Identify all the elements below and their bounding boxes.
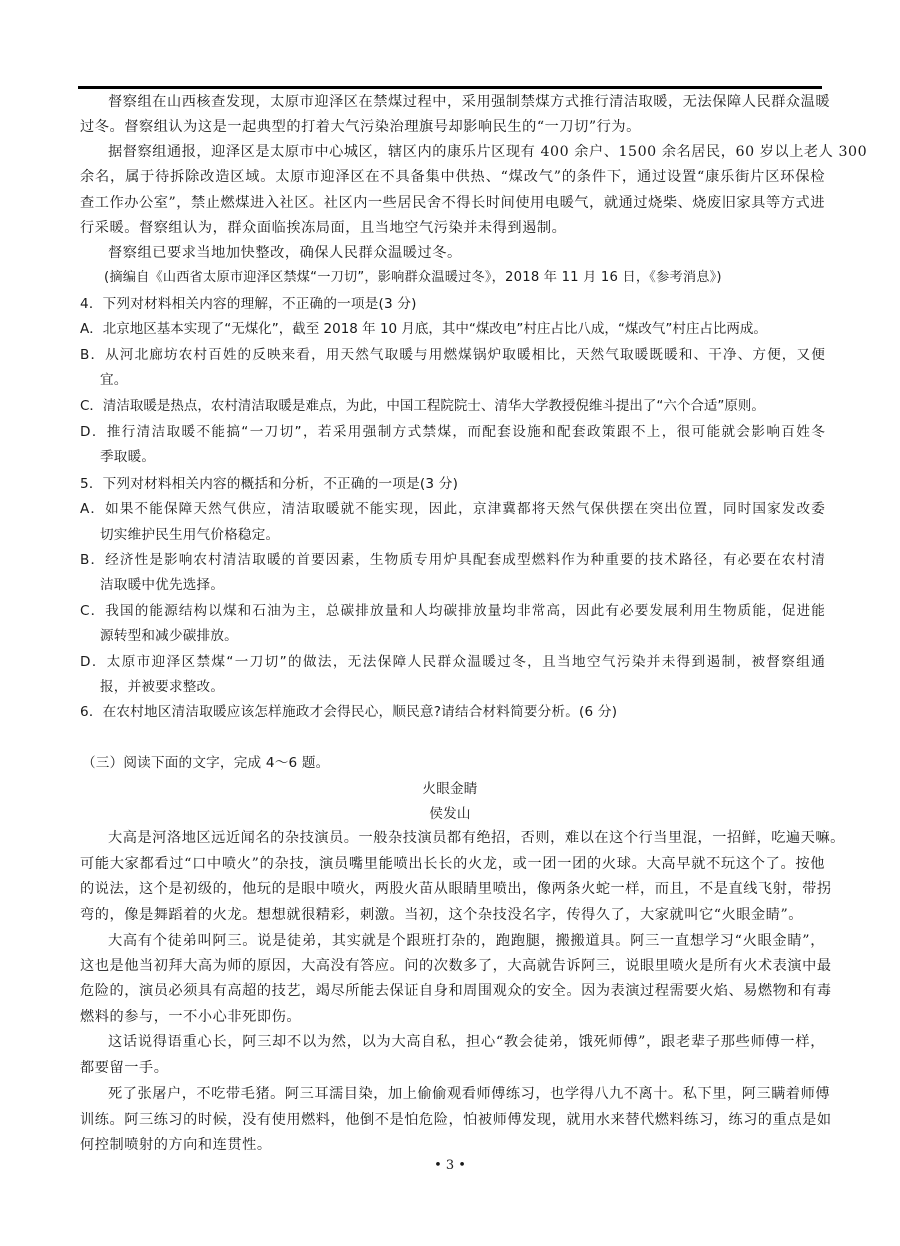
- passage-paragraph-line: 查工作办公室”，禁止燃煤进入社区。社区内一些居民舍不得长时间使用电暖气，就通过烧…: [80, 194, 825, 212]
- passage-source: (摘编自《山西省太原市迎泽区禁煤“一刀切”，影响群众温暖过冬》，2018 年 1…: [104, 269, 849, 287]
- story-paragraph-line: 这话说得语重心长，阿三却不以为然，以为大高自私，担心“教会徒弟，饿死师傅”，跟老…: [108, 1033, 825, 1051]
- story-paragraph-line: 弯的，像是舞蹈着的火龙。想想就很精彩，刺激。当初，这个杂技没名字，传得久了，大家…: [80, 906, 825, 924]
- story-paragraph-line: 死了张屠户，不吃带毛猪。阿三耳濡目染，加上偷偷观看师傅练习，也学得八九不离十。私…: [108, 1085, 825, 1103]
- story-paragraph-line: 燃料的参与，一不小心非死即伤。: [80, 1008, 825, 1026]
- story-paragraph-line: 的说法，这个是初级的，他玩的是眼中喷火，两股火苗从眼睛里喷出，像两条火蛇一样，而…: [80, 880, 825, 898]
- passage-paragraph-line: 余名，属于待拆除改造区域。太原市迎泽区在不具备集中供热、“煤改气”的条件下，通过…: [80, 168, 825, 186]
- story-paragraph-line: 这也是他当初拜大高为师的原因，大高没有答应。问的次数多了，大高就告诉阿三，说眼里…: [80, 957, 825, 975]
- story-paragraph-line: 训练。阿三练习的时候，没有使用燃料，他倒不是怕危险，怕被师傅发现，就用水来替代燃…: [80, 1111, 825, 1129]
- q5-option-a-cont: 切实维护民生用气价格稳定。: [100, 526, 845, 544]
- passage-paragraph-line: 督察组在山西核查发现，太原市迎泽区在禁煤过程中，采用强制禁煤方式推行清洁取暖，无…: [108, 93, 825, 111]
- passage-paragraph-line: 行采暖。督察组认为，群众面临挨冻局面，且当地空气污染并未得到遏制。: [80, 219, 825, 237]
- q4-option-c: C．清洁取暖是热点，农村清洁取暖是难点，为此，中国工程院院士、清华大学教授倪维斗…: [80, 397, 825, 415]
- passage-paragraph-line: 过冬。督察组认为这是一起典型的打着大气污染治理旗号却影响民生的“一刀切”行为。: [80, 118, 825, 136]
- q5-option-d-cont: 报，并被要求整改。: [100, 678, 845, 696]
- story-paragraph-line: 何控制喷射的方向和连贯性。: [80, 1136, 825, 1154]
- passage-paragraph-line: 据督察组通报，迎泽区是太原市中心城区，辖区内的康乐片区现有 400 余户、150…: [108, 143, 825, 161]
- passage-paragraph-line: 督察组已要求当地加快整改，确保人民群众温暖过冬。: [108, 244, 853, 262]
- story-author: 侯发山: [0, 805, 900, 823]
- q5-option-c: C．我国的能源结构以煤和石油为主，总碳排放量和人均碳排放量均非常高，因此有必要发…: [80, 602, 825, 620]
- q5-option-c-cont: 源转型和减少碳排放。: [100, 627, 845, 645]
- q5-option-b-cont: 洁取暖中优先选择。: [100, 576, 845, 594]
- story-paragraph-line: 危险的，演员必须具有高超的技艺，竭尽所能去保证自身和周围观众的安全。因为表演过程…: [80, 982, 825, 1000]
- page-number: • 3 •: [0, 1158, 900, 1173]
- header-rule: [78, 86, 822, 89]
- story-title: 火眼金睛: [0, 780, 900, 798]
- q4-option-b-cont: 宜。: [100, 371, 845, 389]
- story-paragraph-line: 都要留一手。: [80, 1059, 825, 1077]
- q5-option-a: A．如果不能保障天然气供应，清洁取暖就不能实现，因此，京津冀都将天然气保供摆在突…: [80, 500, 825, 518]
- q4-option-b: B．从河北廊坊农村百姓的反映来看，用天然气取暖与用燃煤锅炉取暖相比，天然气取暖既…: [80, 346, 825, 364]
- q5-option-b: B．经济性是影响农村清洁取暖的首要因素，生物质专用炉具配套成型燃料作为种重要的技…: [80, 551, 825, 569]
- q4-option-d-cont: 季取暖。: [100, 448, 845, 466]
- q5-option-d: D．太原市迎泽区禁煤“一刀切”的做法，无法保障人民群众温暖过冬，且当地空气污染并…: [80, 653, 825, 671]
- q4-option-d: D．推行清洁取暖不能搞“一刀切”，若采用强制方式禁煤，而配套设施和配套政策跟不上…: [80, 423, 825, 441]
- section-3-heading: （三）阅读下面的文字，完成 4～6 题。: [82, 754, 827, 772]
- question-4-stem: 4．下列对材料相关内容的理解，不正确的一项是(3 分): [80, 295, 825, 313]
- story-paragraph-line: 可能大家都看过“口中喷火”的杂技，演员嘴里能喷出长长的火龙，或一团一团的火球。大…: [80, 855, 825, 873]
- q4-option-a: A．北京地区基本实现了“无煤化”，截至 2018 年 10 月底，其中“煤改电”…: [80, 320, 825, 338]
- question-5-stem: 5．下列对材料相关内容的概括和分析，不正确的一项是(3 分): [80, 475, 825, 493]
- question-6-stem: 6．在农村地区清洁取暖应该怎样施政才会得民心，顺民意?请结合材料简要分析。(6 …: [80, 703, 825, 721]
- story-paragraph-line: 大高是河洛地区远近闻名的杂技演员。一般杂技演员都有绝招，否则，难以在这个行当里混…: [108, 829, 825, 847]
- story-paragraph-line: 大高有个徒弟叫阿三。说是徒弟，其实就是个跟班打杂的，跑跑腿，搬搬道具。阿三一直想…: [108, 932, 825, 950]
